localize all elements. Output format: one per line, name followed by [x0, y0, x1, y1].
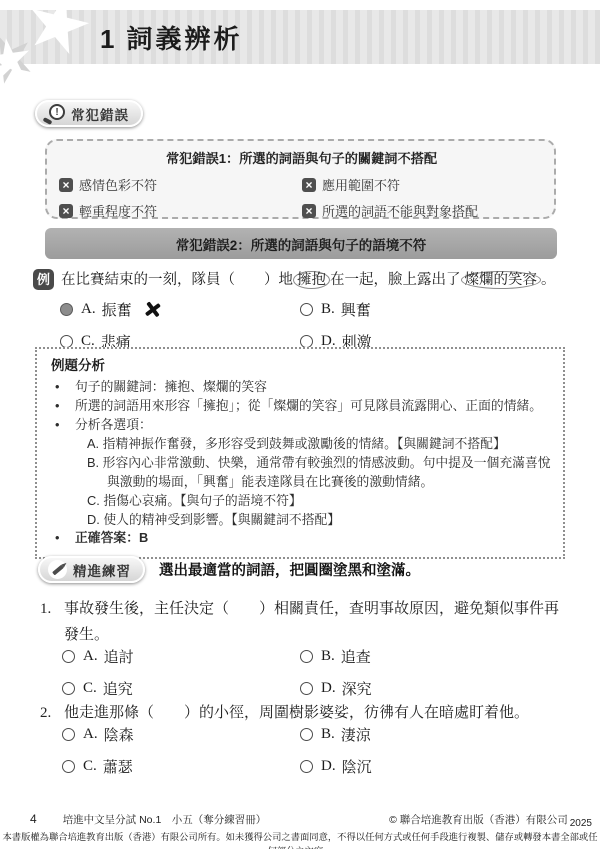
x-box-icon: ×: [302, 204, 316, 218]
magnifier-exclamation-icon: !: [45, 104, 65, 123]
bullet-icon: [51, 529, 75, 548]
common-error-1-items: × 感情色彩不符 × 應用範圍不符 × 輕重程度不符 × 所選的詞語不能與對象搭…: [59, 175, 544, 220]
example-option-b: B. 興奮: [300, 299, 540, 320]
common-error-1-title: 常犯錯誤1：所選的詞語與句子的關鍵詞不搭配: [59, 148, 544, 167]
practice-header: 精進練習 選出最適當的詞語，把圓圈塗黑和塗滿。: [38, 556, 420, 583]
x-box-icon: ×: [59, 204, 73, 218]
analysis-bullet: 所選的詞語用來形容「擁抱」；從「燦爛的笑容」可見隊員流露開心、正面的情緒。: [51, 397, 551, 416]
answer-bubble[interactable]: [300, 303, 313, 316]
analysis-option-c: C. 指傷心哀痛。【與句子的語境不符】: [51, 492, 551, 511]
error-item-label: 感情色彩不符: [79, 175, 157, 194]
question-2: 2. 他走進那條（ ）的小徑，周圍樹影婆娑，彷彿有人在暗處盯着他。: [40, 700, 564, 726]
pencil-icon: [48, 560, 67, 579]
answer-bubble[interactable]: [62, 682, 75, 695]
example-option-a: A. 振奮: [60, 299, 300, 320]
q2-option-d: D. 陰沉: [300, 756, 540, 777]
q1-option-d: D. 深究: [300, 678, 540, 699]
practice-instruction: 選出最適當的詞語，把圓圈塗黑和塗滿。: [159, 559, 420, 580]
footer: 4 培進中文呈分試 No.1 小五（奪分練習冊） © 聯合培進教育出版（香港）有…: [30, 812, 592, 827]
example-row: 例 在比賽結束的一刻，隊員（ ）地擁抱在一起，臉上露出了燦爛的笑容。: [33, 269, 556, 292]
error-item-label: 輕重程度不符: [79, 201, 157, 220]
error-item: × 所選的詞語不能與對象搭配: [302, 201, 544, 220]
common-errors-badge-label: 常犯錯誤: [71, 104, 129, 124]
footer-publisher: © 聯合培進教育出版（香港）有限公司 2025: [389, 812, 592, 827]
example-badge: 例: [33, 269, 54, 290]
bullet-icon: [51, 397, 75, 416]
footer-left: 4 培進中文呈分試 No.1 小五（奪分練習冊）: [30, 812, 266, 827]
example-sentence: 在比賽結束的一刻，隊員（ ）地擁抱在一起，臉上露出了燦爛的笑容。: [61, 269, 556, 292]
analysis-answer: 正確答案：B: [51, 529, 551, 548]
page-title: 詞義辨析: [126, 19, 242, 56]
worksheet-page: 1 詞義辨析 ! 常犯錯誤 常犯錯誤1：所選的詞語與句子的關鍵詞不搭配 × 感情…: [0, 0, 600, 849]
question-number: 2.: [40, 700, 64, 726]
copyright-notice: 本書版權為聯合培進教育出版（香港）有限公司所有。如未獲得公司之書面同意，不得以任…: [0, 829, 600, 849]
answer-bubble[interactable]: [300, 760, 313, 773]
q2-option-c: C. 蕭瑟: [62, 756, 300, 777]
common-error-2-bar: 常犯錯誤2：所選的詞語與句子的語境不符: [45, 228, 557, 259]
error-item: × 輕重程度不符: [59, 201, 302, 220]
x-box-icon: ×: [302, 178, 316, 192]
answer-bubble[interactable]: [300, 728, 313, 741]
answer-bubble[interactable]: [300, 650, 313, 663]
book-title: 培進中文呈分試 No.1 小五（奪分練習冊）: [63, 812, 267, 827]
wrong-answer-icon: [143, 300, 162, 319]
analysis-bullet: 分析各選項：: [51, 416, 551, 435]
question-number: 1.: [40, 596, 64, 648]
publication-year: 2025: [570, 818, 592, 829]
question-1-options: A. 追討 B. 追查 C. 追究 D. 深究: [62, 646, 540, 699]
error-item-label: 應用範圍不符: [322, 175, 400, 194]
chapter-heading: 1 詞義辨析: [0, 19, 242, 56]
publisher-name: © 聯合培進教育出版（香港）有限公司: [389, 812, 568, 827]
error-item-label: 所選的詞語不能與對象搭配: [322, 201, 478, 220]
chapter-header-band: 1 詞義辨析: [0, 10, 600, 64]
common-error-1-box: 常犯錯誤1：所選的詞語與句子的關鍵詞不搭配 × 感情色彩不符 × 應用範圍不符 …: [45, 139, 556, 219]
analysis-bullet: 句子的關鍵詞：擁抱、燦爛的笑容: [51, 378, 551, 397]
answer-bubble[interactable]: [62, 760, 75, 773]
example-analysis-box: 例題分析 句子的關鍵詞：擁抱、燦爛的笑容 所選的詞語用來形容「擁抱」；從「燦爛的…: [35, 347, 565, 559]
common-error-2-title: 常犯錯誤2：所選的詞語與句子的語境不符: [176, 234, 427, 254]
bullet-icon: [51, 416, 75, 435]
x-box-icon: ×: [59, 178, 73, 192]
practice-badge-label: 精進練習: [73, 560, 131, 580]
q1-option-b: B. 追查: [300, 646, 540, 667]
analysis-option-d: D. 使人的精神受到影響。【與關鍵詞不搭配】: [51, 511, 551, 530]
answer-bubble[interactable]: [300, 682, 313, 695]
q2-option-b: B. 淒涼: [300, 724, 540, 745]
analysis-title: 例題分析: [51, 356, 551, 376]
common-errors-badge: ! 常犯錯誤: [35, 100, 143, 127]
circled-keyword: 擁抱: [293, 271, 330, 289]
example-options: A. 振奮 B. 興奮 C. 悲痛 D. 刺激: [60, 299, 540, 352]
answer-bubble[interactable]: [62, 650, 75, 663]
analysis-option-a: A. 指精神振作奮發，多形容受到鼓舞或激勵後的情緒。【與關鍵詞不搭配】: [51, 435, 551, 454]
q1-option-a: A. 追討: [62, 646, 300, 667]
question-text: 事故發生後，主任決定（ ）相關責任，查明事故原因，避免類似事件再發生。: [64, 596, 564, 648]
error-item: × 感情色彩不符: [59, 175, 302, 194]
practice-badge: 精進練習: [38, 556, 145, 583]
q2-option-a: A. 陰森: [62, 724, 300, 745]
circled-keyword: 燦爛的笑容: [461, 271, 542, 289]
bullet-icon: [51, 378, 75, 397]
question-text: 他走進那條（ ）的小徑，周圍樹影婆娑，彷彿有人在暗處盯着他。: [64, 700, 564, 726]
question-1: 1. 事故發生後，主任決定（ ）相關責任，查明事故原因，避免類似事件再發生。: [40, 596, 564, 648]
analysis-option-b: B. 形容內心非常激動、快樂，通常帶有較強烈的情感波動。句中提及一個充滿喜悅與激…: [51, 454, 551, 492]
chapter-number: 1: [100, 24, 114, 55]
question-2-options: A. 陰森 B. 淒涼 C. 蕭瑟 D. 陰沉: [62, 724, 540, 777]
answer-bubble[interactable]: [62, 728, 75, 741]
page-number: 4: [30, 812, 37, 826]
error-item: × 應用範圍不符: [302, 175, 544, 194]
answer-bubble-filled[interactable]: [60, 303, 73, 316]
q1-option-c: C. 追究: [62, 678, 300, 699]
